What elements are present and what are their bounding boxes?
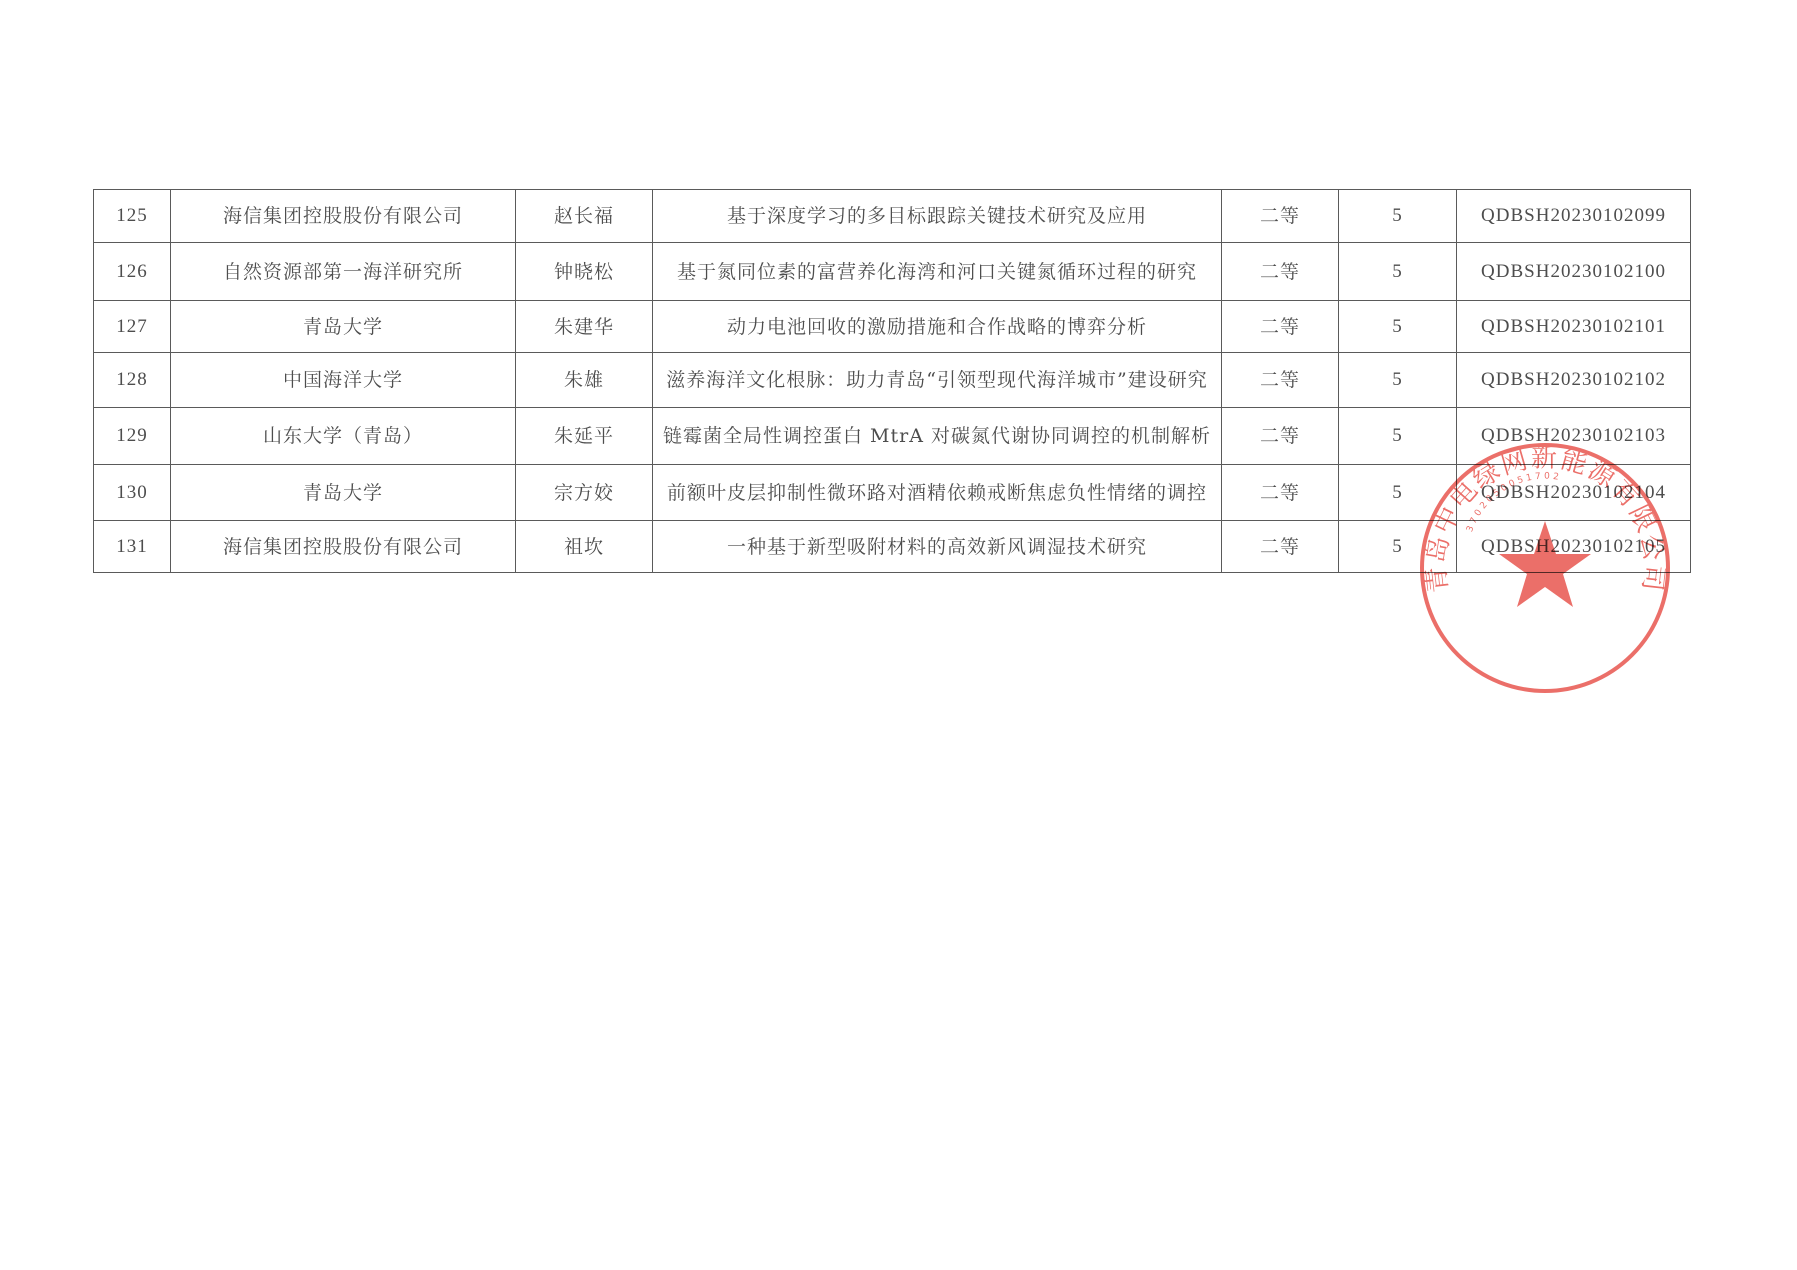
unit-cell: 海信集团控股股份有限公司 (171, 190, 516, 243)
table-row: 125海信集团控股股份有限公司赵长福基于深度学习的多目标跟踪关键技术研究及应用二… (94, 190, 1691, 243)
project-title-cell: 动力电池回收的激励措施和合作战略的博弈分析 (653, 301, 1222, 353)
award-grade-cell: 二等 (1222, 243, 1339, 301)
project-title-cell: 基于氮同位素的富营养化海湾和河口关键氮循环过程的研究 (653, 243, 1222, 301)
person-name-cell: 朱延平 (516, 408, 653, 465)
person-name-cell: 钟晓松 (516, 243, 653, 301)
unit-cell: 中国海洋大学 (171, 353, 516, 408)
table-row: 128中国海洋大学朱雄滋养海洋文化根脉：助力青岛“引领型现代海洋城市”建设研究二… (94, 353, 1691, 408)
row-number-cell: 131 (94, 521, 171, 573)
score-cell: 5 (1339, 190, 1457, 243)
person-name-cell: 朱雄 (516, 353, 653, 408)
unit-cell: 自然资源部第一海洋研究所 (171, 243, 516, 301)
unit-cell: 海信集团控股股份有限公司 (171, 521, 516, 573)
project-title-cell: 滋养海洋文化根脉：助力青岛“引领型现代海洋城市”建设研究 (653, 353, 1222, 408)
award-grade-cell: 二等 (1222, 465, 1339, 521)
award-grade-cell: 二等 (1222, 408, 1339, 465)
score-cell: 5 (1339, 353, 1457, 408)
row-number-cell: 130 (94, 465, 171, 521)
unit-cell: 青岛大学 (171, 301, 516, 353)
row-number-cell: 128 (94, 353, 171, 408)
award-list-table: 125海信集团控股股份有限公司赵长福基于深度学习的多目标跟踪关键技术研究及应用二… (93, 189, 1691, 573)
table-row: 127青岛大学朱建华动力电池回收的激励措施和合作战略的博弈分析二等5QDBSH2… (94, 301, 1691, 353)
table-row: 129山东大学（青岛）朱延平链霉菌全局性调控蛋白 MtrA 对碳氮代谢协同调控的… (94, 408, 1691, 465)
score-cell: 5 (1339, 243, 1457, 301)
row-number-cell: 125 (94, 190, 171, 243)
score-cell: 5 (1339, 408, 1457, 465)
person-name-cell: 宗方姣 (516, 465, 653, 521)
certificate-code-cell: QDBSH20230102103 (1457, 408, 1691, 465)
score-cell: 5 (1339, 521, 1457, 573)
project-title-cell: 链霉菌全局性调控蛋白 MtrA 对碳氮代谢协同调控的机制解析 (653, 408, 1222, 465)
award-grade-cell: 二等 (1222, 190, 1339, 243)
certificate-code-cell: QDBSH20230102101 (1457, 301, 1691, 353)
score-cell: 5 (1339, 465, 1457, 521)
person-name-cell: 祖坎 (516, 521, 653, 573)
certificate-code-cell: QDBSH20230102100 (1457, 243, 1691, 301)
award-grade-cell: 二等 (1222, 301, 1339, 353)
unit-cell: 山东大学（青岛） (171, 408, 516, 465)
award-grade-cell: 二等 (1222, 521, 1339, 573)
row-number-cell: 127 (94, 301, 171, 353)
project-title-cell: 基于深度学习的多目标跟踪关键技术研究及应用 (653, 190, 1222, 243)
table-row: 130青岛大学宗方姣前额叶皮层抑制性微环路对酒精依赖戒断焦虑负性情绪的调控二等5… (94, 465, 1691, 521)
certificate-code-cell: QDBSH20230102102 (1457, 353, 1691, 408)
document-page: 125海信集团控股股份有限公司赵长福基于深度学习的多目标跟踪关键技术研究及应用二… (0, 0, 1797, 1270)
person-name-cell: 朱建华 (516, 301, 653, 353)
project-title-cell: 前额叶皮层抑制性微环路对酒精依赖戒断焦虑负性情绪的调控 (653, 465, 1222, 521)
person-name-cell: 赵长福 (516, 190, 653, 243)
unit-cell: 青岛大学 (171, 465, 516, 521)
table-row: 131海信集团控股股份有限公司祖坎一种基于新型吸附材料的高效新风调湿技术研究二等… (94, 521, 1691, 573)
row-number-cell: 129 (94, 408, 171, 465)
project-title-cell: 一种基于新型吸附材料的高效新风调湿技术研究 (653, 521, 1222, 573)
row-number-cell: 126 (94, 243, 171, 301)
award-grade-cell: 二等 (1222, 353, 1339, 408)
score-cell: 5 (1339, 301, 1457, 353)
certificate-code-cell: QDBSH20230102104 (1457, 465, 1691, 521)
table-row: 126自然资源部第一海洋研究所钟晓松基于氮同位素的富营养化海湾和河口关键氮循环过… (94, 243, 1691, 301)
certificate-code-cell: QDBSH20230102105 (1457, 521, 1691, 573)
certificate-code-cell: QDBSH20230102099 (1457, 190, 1691, 243)
